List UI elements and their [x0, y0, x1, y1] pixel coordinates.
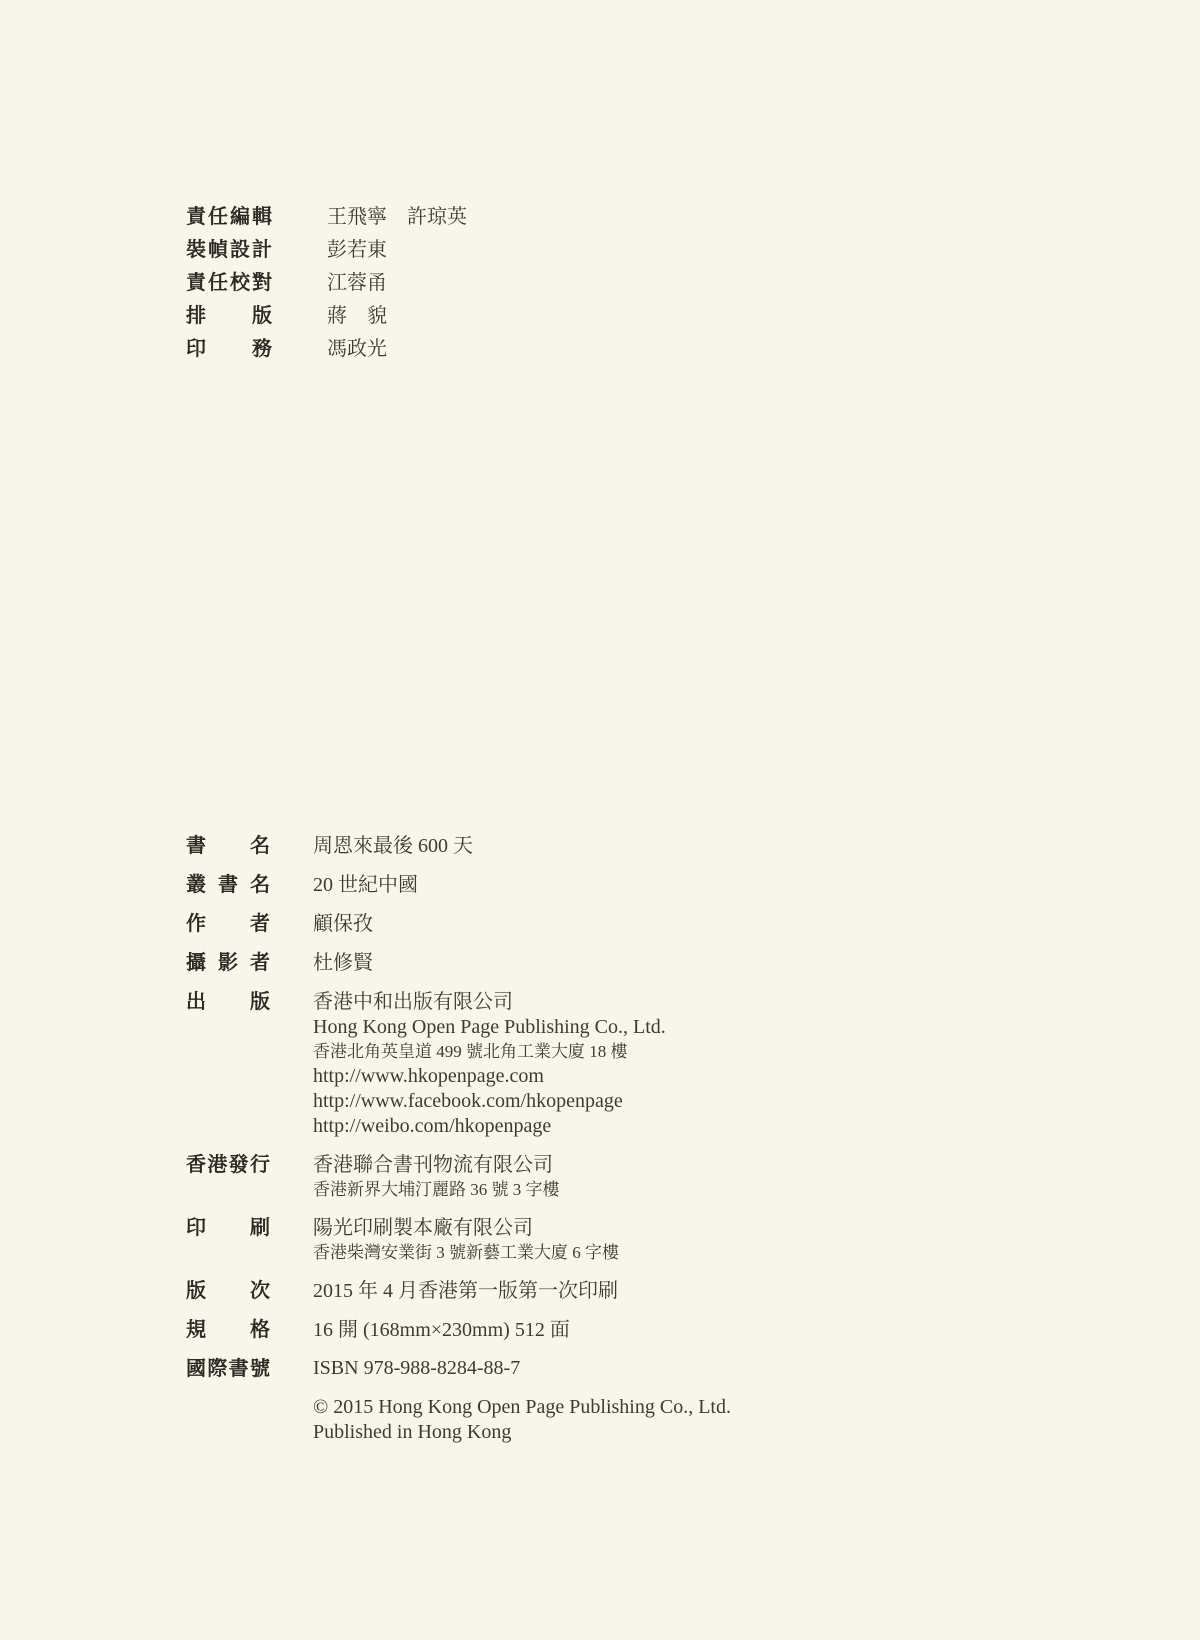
- copyright-notice: © 2015 Hong Kong Open Page Publishing Co…: [313, 1395, 731, 1420]
- pub-row-hk-distributor: 香港發行 香港聯合書刊物流有限公司 香港新界大埔汀麗路 36 號 3 字樓: [186, 1152, 731, 1202]
- pub-field-label: 印刷: [186, 1215, 270, 1241]
- pub-field-label: 攝影者: [186, 950, 270, 976]
- pub-row-series-title: 叢書名 20 世紀中國: [186, 872, 731, 898]
- staff-row-printing: 印務 馮政光: [186, 332, 467, 365]
- staff-role-label: 排版: [186, 299, 272, 328]
- pub-row-isbn: 國際書號 ISBN 978-988-8284-88-7: [186, 1356, 731, 1382]
- pub-row-format: 規格 16 開 (168mm×230mm) 512 面: [186, 1317, 731, 1343]
- staff-row-proofreader: 責任校對 江蓉甬: [186, 266, 467, 299]
- distributor-name: 香港聯合書刊物流有限公司: [313, 1152, 560, 1178]
- publisher-weibo-url: http://weibo.com/hkopenpage: [313, 1114, 666, 1139]
- staff-row-typesetter: 排版 蔣 貌: [186, 299, 467, 332]
- pub-field-label: 作者: [186, 911, 270, 937]
- staff-role-value: 馮政光: [327, 332, 387, 361]
- staff-role-label: 印務: [186, 332, 272, 361]
- pub-field-label: 版次: [186, 1278, 270, 1304]
- pub-row-copyright: © 2015 Hong Kong Open Page Publishing Co…: [186, 1395, 731, 1445]
- pub-field-label: 出版: [186, 989, 270, 1015]
- staff-row-editor: 責任編輯 王飛寧 許琼英: [186, 200, 467, 233]
- pub-row-publisher: 出版 香港中和出版有限公司 Hong Kong Open Page Publis…: [186, 989, 731, 1139]
- printer-address: 香港柴灣安業街 3 號新藝工業大廈 6 字樓: [313, 1241, 619, 1265]
- edition-info: 2015 年 4 月香港第一版第一次印刷: [313, 1278, 618, 1304]
- pub-row-photographer: 攝影者 杜修賢: [186, 950, 731, 976]
- pub-field-label: 規格: [186, 1317, 270, 1343]
- pub-field-label: 香港發行: [186, 1152, 270, 1178]
- author-name: 顧保孜: [313, 911, 373, 937]
- staff-role-value: 江蓉甬: [327, 266, 387, 295]
- publisher-website-url: http://www.hkopenpage.com: [313, 1064, 666, 1089]
- pub-field-label: 書名: [186, 833, 270, 859]
- pub-row-book-title: 書名 周恩來最後 600 天: [186, 833, 731, 859]
- staff-role-label: 裝幀設計: [186, 233, 272, 262]
- pub-row-printer: 印刷 陽光印刷製本廠有限公司 香港柴灣安業街 3 號新藝工業大廈 6 字樓: [186, 1215, 731, 1265]
- book-title: 周恩來最後 600 天: [313, 833, 473, 859]
- staff-role-value: 王飛寧 許琼英: [327, 200, 467, 229]
- publisher-name-cjk: 香港中和出版有限公司: [313, 989, 666, 1015]
- isbn-number: ISBN 978-988-8284-88-7: [313, 1356, 520, 1381]
- published-location: Published in Hong Kong: [313, 1420, 731, 1445]
- publisher-address: 香港北角英皇道 499 號北角工業大廈 18 樓: [313, 1040, 666, 1064]
- photographer-name: 杜修賢: [313, 950, 373, 976]
- staff-role-label: 責任校對: [186, 266, 272, 295]
- staff-credits-block: 責任編輯 王飛寧 許琼英 裝幀設計 彭若東 責任校對 江蓉甬 排版 蔣 貌 印務…: [186, 200, 467, 365]
- pub-field-label: 國際書號: [186, 1356, 270, 1382]
- distributor-address: 香港新界大埔汀麗路 36 號 3 字樓: [313, 1178, 560, 1202]
- pub-row-author: 作者 顧保孜: [186, 911, 731, 937]
- pub-row-edition: 版次 2015 年 4 月香港第一版第一次印刷: [186, 1278, 731, 1304]
- staff-role-label: 責任編輯: [186, 200, 272, 229]
- printer-name: 陽光印刷製本廠有限公司: [313, 1215, 619, 1241]
- publisher-facebook-url: http://www.facebook.com/hkopenpage: [313, 1089, 666, 1114]
- format-info: 16 開 (168mm×230mm) 512 面: [313, 1317, 570, 1343]
- staff-role-value: 蔣 貌: [327, 299, 387, 328]
- staff-row-designer: 裝幀設計 彭若東: [186, 233, 467, 266]
- publisher-name-latin: Hong Kong Open Page Publishing Co., Ltd.: [313, 1015, 666, 1040]
- staff-role-value: 彭若東: [327, 233, 387, 262]
- publication-info-block: 書名 周恩來最後 600 天 叢書名 20 世紀中國 作者 顧保孜 攝影者 杜修…: [186, 833, 731, 1458]
- series-title: 20 世紀中國: [313, 872, 418, 898]
- pub-field-label: 叢書名: [186, 872, 270, 898]
